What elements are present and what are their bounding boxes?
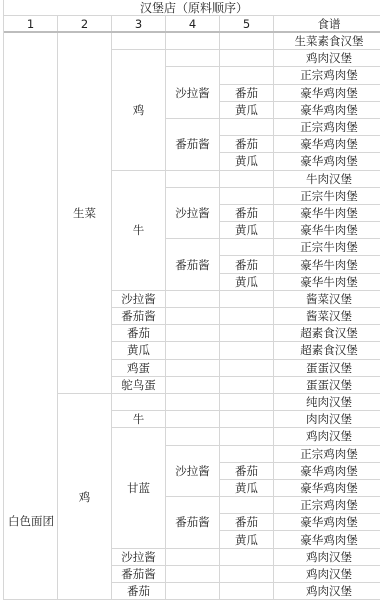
recipe-cell[interactable]: 超素食汉堡 [274, 325, 380, 342]
cell[interactable] [220, 170, 274, 187]
cell[interactable] [220, 308, 274, 325]
recipe-cell[interactable]: 豪华牛肉堡 [274, 222, 380, 239]
recipe-cell[interactable]: 正宗牛肉堡 [274, 239, 380, 256]
cell-beef[interactable]: 牛 [112, 411, 166, 428]
cell[interactable] [166, 32, 220, 50]
cell-salad-sauce[interactable]: 沙拉酱 [112, 290, 166, 307]
cell[interactable] [220, 428, 274, 445]
recipe-cell[interactable]: 酱菜汉堡 [274, 308, 380, 325]
recipe-cell[interactable]: 豪华牛肉堡 [274, 256, 380, 273]
cell-tomato[interactable]: 番茄 [220, 204, 274, 221]
recipe-cell[interactable]: 鸡肉汉堡 [274, 565, 380, 582]
cell[interactable] [166, 359, 220, 376]
cell[interactable] [220, 497, 274, 514]
recipe-cell[interactable]: 牛肉汉堡 [274, 170, 380, 187]
recipe-cell[interactable]: 生菜素食汉堡 [274, 32, 380, 50]
table-title[interactable]: 汉堡店（原料顺序） [4, 0, 380, 16]
cell[interactable] [166, 428, 220, 445]
cell-chicken[interactable]: 鸡 [112, 50, 166, 170]
cell[interactable] [220, 290, 274, 307]
recipe-cell[interactable]: 豪华鸡肉堡 [274, 462, 380, 479]
header-1[interactable]: 1 [4, 16, 58, 33]
cell-tomato[interactable]: 番茄 [220, 84, 274, 101]
recipe-cell[interactable]: 豪华鸡肉堡 [274, 153, 380, 170]
recipe-cell[interactable]: 正宗鸡肉堡 [274, 67, 380, 84]
cell[interactable] [220, 445, 274, 462]
cell[interactable] [220, 118, 274, 135]
recipe-cell[interactable]: 豪华鸡肉堡 [274, 84, 380, 101]
header-2[interactable]: 2 [58, 16, 112, 33]
cell[interactable] [220, 411, 274, 428]
header-4[interactable]: 4 [166, 16, 220, 33]
recipe-cell[interactable]: 豪华鸡肉堡 [274, 136, 380, 153]
cell[interactable] [220, 239, 274, 256]
recipe-cell[interactable]: 豪华鸡肉堡 [274, 479, 380, 496]
cell-chicken-lvl2[interactable]: 鸡 [58, 393, 112, 599]
cell-salad-sauce[interactable]: 沙拉酱 [166, 445, 220, 497]
cell[interactable] [220, 548, 274, 565]
cell[interactable] [112, 32, 166, 50]
cell-tomato[interactable]: 番茄 [220, 136, 274, 153]
cell-cucumber[interactable]: 黄瓜 [112, 342, 166, 359]
cell[interactable] [166, 376, 220, 393]
spreadsheet: 汉堡店（原料顺序） 1 2 3 4 5 食谱 生菜 生菜素食汉堡 鸡 鸡肉汉堡 … [0, 0, 380, 600]
cell[interactable] [220, 67, 274, 84]
cell[interactable] [220, 359, 274, 376]
cell[interactable] [112, 393, 166, 410]
cell-tomato[interactable]: 番茄 [220, 462, 274, 479]
cell-salad-sauce[interactable]: 沙拉酱 [112, 548, 166, 565]
header-3[interactable]: 3 [112, 16, 166, 33]
cell-salad-sauce[interactable]: 沙拉酱 [166, 187, 220, 239]
cell-ketchup[interactable]: 番茄酱 [166, 118, 220, 170]
cell[interactable] [220, 325, 274, 342]
recipe-cell[interactable]: 正宗鸡肉堡 [274, 445, 380, 462]
cell[interactable] [166, 548, 220, 565]
burger-table: 汉堡店（原料顺序） 1 2 3 4 5 食谱 生菜 生菜素食汉堡 鸡 鸡肉汉堡 … [3, 0, 380, 600]
recipe-cell[interactable]: 豪华牛肉堡 [274, 273, 380, 290]
cell-lettuce[interactable]: 生菜 [58, 32, 112, 393]
cell-egg[interactable]: 鸡蛋 [112, 359, 166, 376]
recipe-cell[interactable]: 鸡肉汉堡 [274, 548, 380, 565]
cell-tomato[interactable]: 番茄 [112, 325, 166, 342]
cell[interactable] [166, 290, 220, 307]
cell[interactable] [166, 170, 220, 187]
header-recipe[interactable]: 食谱 [274, 16, 380, 33]
cell[interactable] [166, 411, 220, 428]
recipe-cell[interactable]: 正宗牛肉堡 [274, 187, 380, 204]
cell[interactable] [220, 583, 274, 600]
cell-tomato[interactable]: 番茄 [220, 514, 274, 531]
cell-cucumber[interactable]: 黄瓜 [220, 479, 274, 496]
recipe-cell[interactable]: 鸡肉汉堡 [274, 50, 380, 67]
cell[interactable] [166, 308, 220, 325]
recipe-cell[interactable]: 肉肉汉堡 [274, 411, 380, 428]
cell[interactable] [166, 583, 220, 600]
recipe-cell[interactable]: 超素食汉堡 [274, 342, 380, 359]
cell-ketchup[interactable]: 番茄酱 [166, 239, 220, 291]
cell[interactable] [166, 325, 220, 342]
cell[interactable] [220, 32, 274, 50]
cell[interactable] [166, 565, 220, 582]
recipe-cell[interactable]: 蛋蛋汉堡 [274, 359, 380, 376]
cell-cabbage[interactable]: 甘蓝 [112, 428, 166, 548]
cell-ketchup[interactable]: 番茄酱 [112, 565, 166, 582]
cell-ketchup[interactable]: 番茄酱 [166, 497, 220, 549]
recipe-cell[interactable]: 正宗鸡肉堡 [274, 497, 380, 514]
recipe-cell[interactable]: 鸡肉汉堡 [274, 428, 380, 445]
recipe-cell[interactable]: 蛋蛋汉堡 [274, 376, 380, 393]
row-header-strip [0, 0, 4, 600]
cell-ostrich-egg[interactable]: 鸵鸟蛋 [112, 376, 166, 393]
cell[interactable] [166, 50, 220, 67]
cell-salad-sauce[interactable]: 沙拉酱 [166, 67, 220, 119]
recipe-cell[interactable]: 正宗鸡肉堡 [274, 118, 380, 135]
cell-cucumber[interactable]: 黄瓜 [220, 531, 274, 548]
cell-tomato[interactable]: 番茄 [112, 583, 166, 600]
cell[interactable] [220, 50, 274, 67]
recipe-cell[interactable]: 纯肉汉堡 [274, 393, 380, 410]
header-5[interactable]: 5 [220, 16, 274, 33]
cell[interactable] [220, 187, 274, 204]
cell-dough-label: 白色面团 [4, 513, 58, 529]
cell[interactable] [166, 393, 220, 410]
cell-cucumber[interactable]: 黄瓜 [220, 222, 274, 239]
cell-cucumber[interactable]: 黄瓜 [220, 153, 274, 170]
cell-cucumber[interactable]: 黄瓜 [220, 101, 274, 118]
cell[interactable] [166, 342, 220, 359]
cell[interactable] [220, 376, 274, 393]
cell[interactable] [220, 342, 274, 359]
cell[interactable] [220, 393, 274, 410]
cell[interactable] [220, 565, 274, 582]
cell-cucumber[interactable]: 黄瓜 [220, 273, 274, 290]
cell-beef[interactable]: 牛 [112, 170, 166, 290]
cell-ketchup[interactable]: 番茄酱 [112, 308, 166, 325]
recipe-cell[interactable]: 豪华牛肉堡 [274, 204, 380, 221]
recipe-cell[interactable]: 豪华鸡肉堡 [274, 531, 380, 548]
recipe-cell[interactable]: 豪华鸡肉堡 [274, 514, 380, 531]
recipe-cell[interactable]: 鸡肉汉堡 [274, 583, 380, 600]
cell-tomato[interactable]: 番茄 [220, 256, 274, 273]
recipe-cell[interactable]: 酱菜汉堡 [274, 290, 380, 307]
recipe-cell[interactable]: 豪华鸡肉堡 [274, 101, 380, 118]
